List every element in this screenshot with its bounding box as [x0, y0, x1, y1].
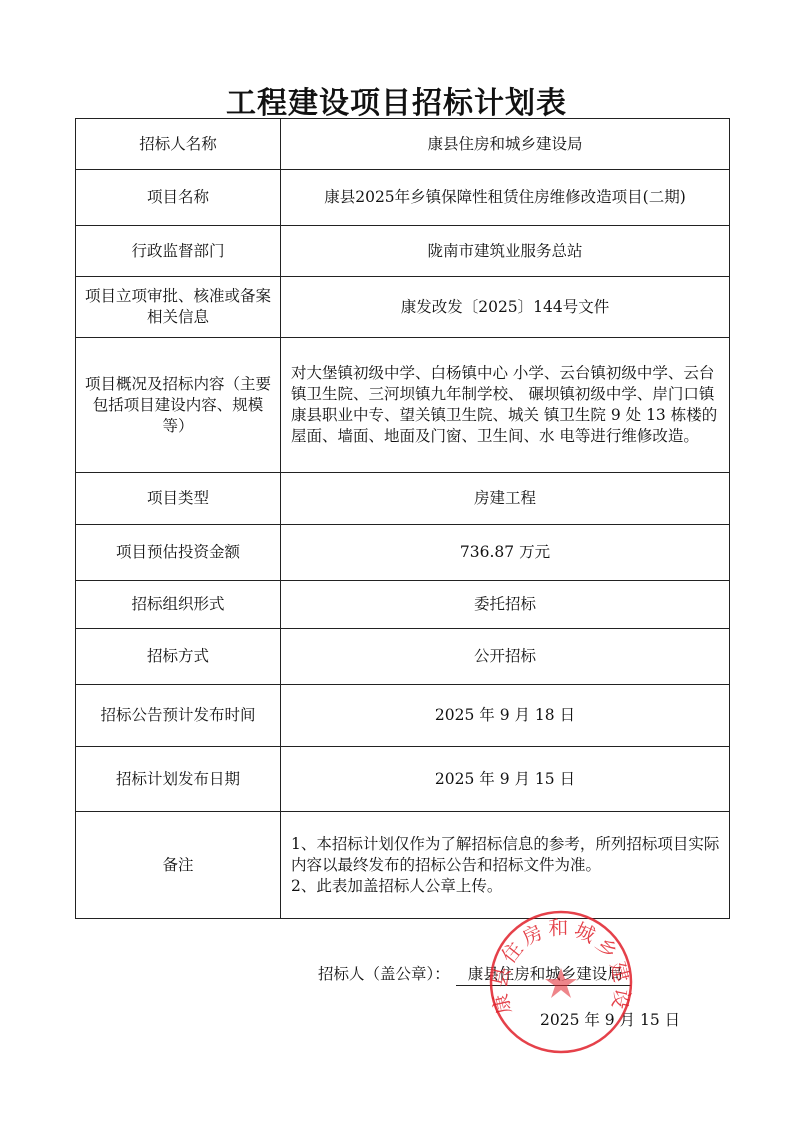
table-row: 项目类型 房建工程 — [76, 473, 730, 525]
row-value: 房建工程 — [281, 473, 730, 525]
row-value: 公开招标 — [281, 629, 730, 685]
signature-line: 招标人（盖公章）：康县住房和城乡建设局 — [318, 962, 631, 986]
row-value: 736.87 万元 — [281, 525, 730, 581]
table-row: 项目预估投资金额 736.87 万元 — [76, 525, 730, 581]
signature-label: 招标人（盖公章）： — [318, 965, 450, 983]
bidding-plan-table: 招标人名称 康县住房和城乡建设局 项目名称 康县2025年乡镇保障性租赁住房维修… — [75, 118, 730, 919]
row-label: 项目立项审批、核准或备案相关信息 — [76, 277, 281, 338]
row-label: 招标组织形式 — [76, 581, 281, 629]
row-label: 行政监督部门 — [76, 226, 281, 277]
table-row: 招标方式 公开招标 — [76, 629, 730, 685]
row-value: 陇南市建筑业服务总站 — [281, 226, 730, 277]
row-value: 康县2025年乡镇保障性租赁住房维修改造项目(二期) — [281, 170, 730, 226]
row-value: 康发改发〔2025〕144号文件 — [281, 277, 730, 338]
table-row: 招标组织形式 委托招标 — [76, 581, 730, 629]
remark-line: 2、此表加盖招标人公章上传。 — [291, 876, 721, 897]
table-row: 项目概况及招标内容（主要包括项目建设内容、规模等） 对大堡镇初级中学、白杨镇中心… — [76, 338, 730, 473]
row-value: 2025 年 9 月 18 日 — [281, 685, 730, 747]
row-value: 康县住房和城乡建设局 — [281, 119, 730, 170]
table-row: 备注 1、本招标计划仅作为了解招标信息的参考，所列招标项目实际内容以最终发布的招… — [76, 812, 730, 919]
document-title: 工程建设项目招标计划表 — [0, 78, 793, 122]
row-label: 招标人名称 — [76, 119, 281, 170]
signer-name: 康县住房和城乡建设局 — [456, 962, 631, 986]
table-row: 行政监督部门 陇南市建筑业服务总站 — [76, 226, 730, 277]
row-value: 委托招标 — [281, 581, 730, 629]
row-label: 项目概况及招标内容（主要包括项目建设内容、规模等） — [76, 338, 281, 473]
row-value: 对大堡镇初级中学、白杨镇中心 小学、云台镇初级中学、云台镇卫生院、三河坝镇九年制… — [281, 338, 730, 473]
remarks-cell: 1、本招标计划仅作为了解招标信息的参考，所列招标项目实际内容以最终发布的招标公告… — [281, 812, 730, 919]
row-label: 招标计划发布日期 — [76, 747, 281, 812]
table-row: 招标公告预计发布时间 2025 年 9 月 18 日 — [76, 685, 730, 747]
row-label: 招标方式 — [76, 629, 281, 685]
remark-line: 1、本招标计划仅作为了解招标信息的参考，所列招标项目实际内容以最终发布的招标公告… — [291, 834, 721, 876]
row-label: 项目类型 — [76, 473, 281, 525]
table-row: 项目立项审批、核准或备案相关信息 康发改发〔2025〕144号文件 — [76, 277, 730, 338]
table-row: 招标人名称 康县住房和城乡建设局 — [76, 119, 730, 170]
row-label: 项目名称 — [76, 170, 281, 226]
row-label: 备注 — [76, 812, 281, 919]
signature-date: 2025 年 9 月 15 日 — [540, 1008, 680, 1030]
row-value: 2025 年 9 月 15 日 — [281, 747, 730, 812]
row-label: 项目预估投资金额 — [76, 525, 281, 581]
table-row: 项目名称 康县2025年乡镇保障性租赁住房维修改造项目(二期) — [76, 170, 730, 226]
row-label: 招标公告预计发布时间 — [76, 685, 281, 747]
table-row: 招标计划发布日期 2025 年 9 月 15 日 — [76, 747, 730, 812]
